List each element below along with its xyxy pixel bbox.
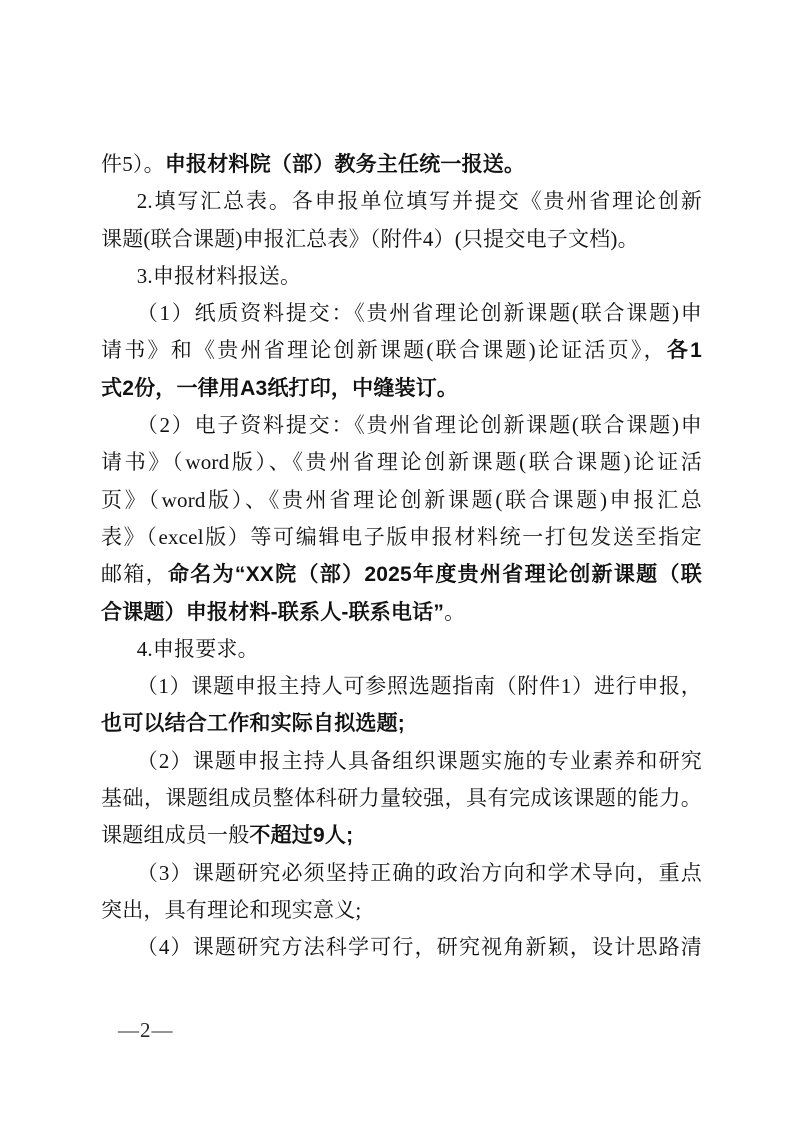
doc-line-10: 页》（word版）、《贵州省理论创新课题(联合课题)申报汇总 bbox=[101, 482, 702, 519]
text-segment: （2）课题申报主持人具备组织课题实施的专业素养和研究 bbox=[137, 749, 702, 773]
document-page: 件5）。申报材料院（部）教务主任统一报送。2.填写汇总表。各申报单位填写并提交《… bbox=[0, 0, 793, 1122]
doc-line-18: 基础，课题组成员整体科研力量较强，具有完成该课题的能力。 bbox=[101, 780, 702, 817]
text-segment: 课题(联合课题)申报汇总表》（附件4）(只提交电子文档)。 bbox=[101, 227, 639, 251]
text-segment: 页》（word版）、《贵州省理论创新课题(联合课题)申报汇总 bbox=[101, 488, 702, 512]
text-segment: 。 bbox=[444, 600, 465, 624]
bold-text-segment: 合课题）申报材料-联系人-联系电话” bbox=[101, 601, 444, 624]
text-segment: 邮箱， bbox=[101, 562, 168, 586]
text-segment: （1）纸质资料提交：《贵州省理论创新课题(联合课题)申 bbox=[137, 301, 702, 325]
doc-line-22: （4）课题研究方法科学可行，研究视角新颖，设计思路清 bbox=[101, 929, 702, 966]
doc-line-3: 课题(联合课题)申报汇总表》（附件4）(只提交电子文档)。 bbox=[101, 221, 702, 258]
doc-line-19: 课题组成员一般不超过9人; bbox=[101, 817, 702, 854]
doc-line-8: （2）电子资料提交：《贵州省理论创新课题(联合课题)申 bbox=[101, 407, 702, 444]
text-segment: 件5）。 bbox=[101, 152, 165, 176]
text-segment: 表》（excel版）等可编辑电子版申报材料统一打包发送至指定 bbox=[101, 525, 702, 549]
bold-text-segment: 不超过9人; bbox=[249, 824, 353, 847]
text-segment: （4）课题研究方法科学可行，研究视角新颖，设计思路清 bbox=[137, 935, 702, 959]
doc-line-14: 4.申报要求。 bbox=[101, 631, 702, 668]
text-segment: （2）电子资料提交：《贵州省理论创新课题(联合课题)申 bbox=[137, 413, 702, 437]
text-segment: 4.申报要求。 bbox=[137, 637, 259, 661]
doc-line-15: （1）课题申报主持人可参照选题指南（附件1）进行申报， bbox=[101, 668, 702, 705]
doc-line-2: 2.填写汇总表。各申报单位填写并提交《贵州省理论创新 bbox=[101, 183, 702, 220]
doc-line-17: （2）课题申报主持人具备组织课题实施的专业素养和研究 bbox=[101, 743, 702, 780]
bold-text-segment: 式2份，一律用A3纸打印，中缝装订。 bbox=[101, 377, 458, 400]
text-segment: （1）课题申报主持人可参照选题指南（附件1）进行申报， bbox=[137, 674, 702, 698]
doc-line-21: 突出，具有理论和现实意义; bbox=[101, 892, 702, 929]
text-segment: 2.填写汇总表。各申报单位填写并提交《贵州省理论创新 bbox=[137, 189, 702, 213]
bold-text-segment: 命名为“XX院（部）2025年度贵州省理论创新课题（联 bbox=[168, 563, 702, 586]
doc-line-12: 邮箱，命名为“XX院（部）2025年度贵州省理论创新课题（联 bbox=[101, 556, 702, 593]
bold-text-segment: 申报材料院（部）教务主任统一报送。 bbox=[165, 153, 525, 176]
doc-line-16: 也可以结合工作和实际自拟选题; bbox=[101, 705, 702, 742]
doc-line-6: 请书》和《贵州省理论创新课题(联合课题)论证活页》，各1 bbox=[101, 332, 702, 369]
doc-line-7: 式2份，一律用A3纸打印，中缝装订。 bbox=[101, 370, 702, 407]
page-number: —2— bbox=[118, 1016, 174, 1044]
doc-line-5: （1）纸质资料提交：《贵州省理论创新课题(联合课题)申 bbox=[101, 295, 702, 332]
doc-line-1: 件5）。申报材料院（部）教务主任统一报送。 bbox=[101, 146, 702, 183]
text-segment: 请书》和《贵州省理论创新课题(联合课题)论证活页》， bbox=[101, 338, 667, 362]
text-segment: 基础，课题组成员整体科研力量较强，具有完成该课题的能力。 bbox=[101, 786, 702, 810]
bold-text-segment: 也可以结合工作和实际自拟选题; bbox=[101, 712, 405, 735]
text-segment: 突出，具有理论和现实意义; bbox=[101, 898, 361, 922]
text-segment: 请书》（word版）、《贵州省理论创新课题(联合课题)论证活 bbox=[101, 450, 702, 474]
doc-line-11: 表》（excel版）等可编辑电子版申报材料统一打包发送至指定 bbox=[101, 519, 702, 556]
doc-line-4: 3.申报材料报送。 bbox=[101, 258, 702, 295]
bold-text-segment: 各1 bbox=[667, 339, 702, 362]
text-segment: 3.申报材料报送。 bbox=[137, 264, 302, 288]
doc-line-20: （3）课题研究必须坚持正确的政治方向和学术导向，重点 bbox=[101, 855, 702, 892]
text-segment: （3）课题研究必须坚持正确的政治方向和学术导向，重点 bbox=[137, 861, 702, 885]
doc-line-13: 合课题）申报材料-联系人-联系电话”。 bbox=[101, 594, 702, 631]
text-segment: 课题组成员一般 bbox=[101, 823, 249, 847]
document-body: 件5）。申报材料院（部）教务主任统一报送。2.填写汇总表。各申报单位填写并提交《… bbox=[101, 146, 702, 967]
doc-line-9: 请书》（word版）、《贵州省理论创新课题(联合课题)论证活 bbox=[101, 444, 702, 481]
